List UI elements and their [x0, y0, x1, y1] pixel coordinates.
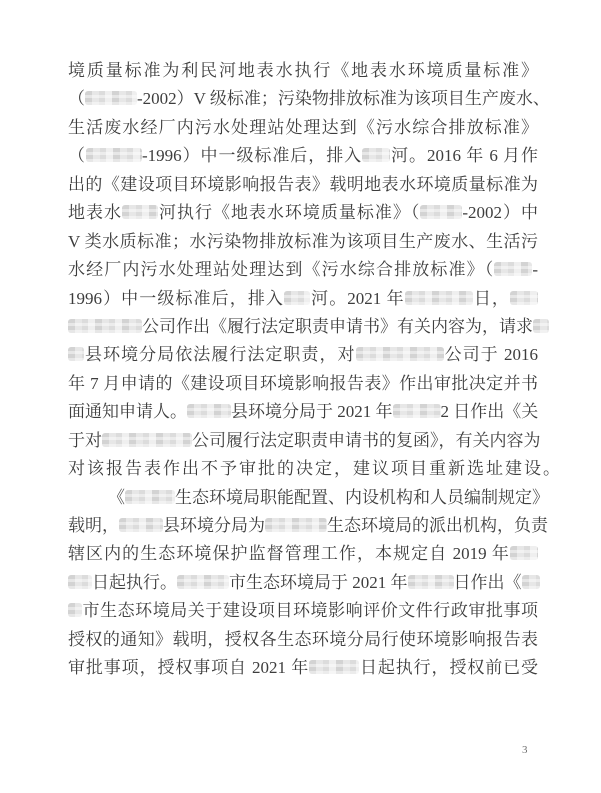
redaction-block	[187, 404, 231, 418]
redaction-block	[408, 575, 454, 589]
redaction-block	[309, 660, 359, 674]
text-segment: 出的《建设项目环境影响报告表》载明地表水环境质量标准为	[68, 175, 538, 194]
text-segment: （	[68, 89, 85, 108]
text-segment: 对该报告表作出不予审批的决定，建议项目重新选址建设。	[68, 459, 562, 478]
text-line: 授权的通知》载明，授权各生态环境分局行使环境影响报告表	[68, 626, 538, 654]
redaction-block	[86, 148, 142, 162]
text-segment: -2002）中	[462, 203, 538, 222]
text-line: 地表水河执行《地表水环境质量标准》（-2002）中	[68, 199, 538, 227]
text-segment: 市生态环境局于 2021 年	[229, 573, 408, 592]
redaction-block	[494, 262, 532, 276]
text-segment: 2 日作出《关	[441, 402, 539, 421]
text-segment: 日，	[473, 289, 510, 308]
text-block: 境质量标准为利民河地表水执行《地表水环境质量标准》（-2002）V 级标准；污染…	[68, 57, 538, 683]
text-segment: 县环境分局为	[163, 516, 265, 535]
redaction-block	[68, 347, 84, 361]
document-page: 境质量标准为利民河地表水执行《地表水环境质量标准》（-2002）V 级标准；污染…	[0, 0, 601, 793]
text-segment: 1996）中一级标准后，排入	[68, 289, 284, 308]
text-segment: 公司于 2016	[444, 345, 538, 364]
text-segment: 河。2021 年	[310, 289, 405, 308]
text-segment: 载明，	[68, 516, 119, 535]
redaction-block	[68, 603, 82, 617]
redaction-block	[102, 433, 192, 447]
text-line: 面通知申请人。县环境分局于 2021 年2 日作出《关	[68, 398, 538, 426]
text-line: 公司作出《履行法定职责申请书》有关内容为，请求	[68, 313, 538, 341]
text-line: 日起执行。市生态环境局于 2021 年日作出《	[68, 569, 538, 597]
text-line: 《生态环境局职能配置、内设机构和人员编制规定》	[68, 484, 538, 512]
text-segment: 河执行《地表水环境质量标准》（	[158, 203, 420, 222]
redaction-block	[510, 291, 538, 305]
text-segment: 河。2016 年 6 月作	[390, 146, 538, 165]
redaction-block	[393, 404, 441, 418]
redaction-block	[125, 490, 175, 504]
text-segment: 年 7 月申请的《建设项目环境影响报告表》作出审批决定并书	[68, 374, 538, 393]
text-segment: 面通知申请人。	[68, 402, 187, 421]
text-line: 于对公司履行法定职责申请书的复函》，有关内容为	[68, 427, 538, 455]
redaction-block	[85, 91, 137, 105]
redaction-block	[265, 518, 327, 532]
text-segment: 生态环境局的派出机构，负责	[327, 516, 548, 535]
text-line: 出的《建设项目环境影响报告表》载明地表水环境质量标准为	[68, 171, 538, 199]
text-segment: 生活废水经厂内污水处理站处理达到《污水综合排放标准》	[68, 118, 538, 137]
text-line: 市生态环境局关于建设项目环境影响评价文件行政审批事项	[68, 597, 538, 625]
text-segment: 授权的通知》载明，授权各生态环境分局行使环境影响报告表	[68, 630, 538, 649]
text-line: （-2002）V 级标准；污染物排放标准为该项目生产废水、	[68, 85, 538, 113]
text-line: 1996）中一级标准后，排入河。2021 年日，	[68, 285, 538, 313]
text-segment: 《	[108, 488, 125, 507]
text-line: 年 7 月申请的《建设项目环境影响报告表》作出审批决定并书	[68, 370, 538, 398]
text-line: 水经厂内污水处理站处理达到《污水综合排放标准》（-	[68, 256, 538, 284]
redaction-block	[405, 291, 473, 305]
text-segment: 审批事项，授权事项自 2021 年	[68, 658, 309, 677]
text-segment: 生态环境局职能配置、内设机构和人员编制规定》	[175, 488, 549, 507]
text-segment: 公司履行法定职责申请书的复函》，有关内容为	[192, 431, 541, 450]
redaction-block	[510, 546, 538, 560]
text-line: 县环境分局依法履行法定职责，对公司于 2016	[68, 341, 538, 369]
redaction-block	[177, 575, 229, 589]
text-segment: 水经厂内污水处理站处理达到《污水综合排放标准》（	[68, 260, 494, 279]
text-segment: -2002）V 级标准；污染物排放标准为该项目生产废水、	[137, 89, 550, 108]
text-segment: 境质量标准为利民河地表水执行《地表水环境质量标准》	[68, 61, 538, 80]
text-segment: 地表水	[68, 203, 122, 222]
text-segment: -1996）中一级标准后，排入	[142, 146, 362, 165]
text-line: 对该报告表作出不予审批的决定，建议项目重新选址建设。	[68, 455, 538, 483]
text-segment: 县环境分局于 2021 年	[231, 402, 393, 421]
text-line: （-1996）中一级标准后，排入河。2016 年 6 月作	[68, 142, 538, 170]
text-segment: 日作出《	[454, 573, 522, 592]
text-segment: 于对	[68, 431, 102, 450]
redaction-block	[420, 205, 462, 219]
text-segment: 公司作出《履行法定职责申请书》有关内容为，请求	[142, 317, 533, 336]
redaction-block	[362, 148, 390, 162]
text-line: 载明，县环境分局为生态环境局的派出机构，负责	[68, 512, 538, 540]
text-line: 辖区内的生态环境保护监督管理工作，本规定自 2019 年	[68, 540, 538, 568]
text-segment: 县环境分局依法履行法定职责，对	[84, 345, 356, 364]
redaction-block	[68, 319, 142, 333]
text-line: V 类水质标准；水污染物排放标准为该项目生产废水、生活污	[68, 228, 538, 256]
text-line: 审批事项，授权事项自 2021 年日起执行，授权前已受	[68, 654, 538, 682]
text-line: 生活废水经厂内污水处理站处理达到《污水综合排放标准》	[68, 114, 538, 142]
text-segment: V 类水质标准；水污染物排放标准为该项目生产废水、生活污	[68, 232, 538, 251]
text-segment: （	[68, 146, 86, 165]
text-segment: 日起执行。	[92, 573, 177, 592]
text-line: 境质量标准为利民河地表水执行《地表水环境质量标准》	[68, 57, 538, 85]
redaction-block	[522, 575, 540, 589]
redaction-block	[119, 518, 163, 532]
redaction-block	[356, 347, 444, 361]
text-segment: -	[532, 260, 538, 279]
redaction-block	[284, 291, 310, 305]
text-segment: 辖区内的生态环境保护监督管理工作，本规定自 2019 年	[68, 544, 510, 563]
text-segment: 市生态环境局关于建设项目环境影响评价文件行政审批事项	[82, 601, 538, 620]
redaction-block	[68, 575, 92, 589]
page-number: 3	[522, 744, 528, 756]
redaction-block	[122, 205, 158, 219]
text-segment: 日起执行，授权前已受	[359, 658, 538, 677]
redaction-block	[533, 319, 549, 333]
